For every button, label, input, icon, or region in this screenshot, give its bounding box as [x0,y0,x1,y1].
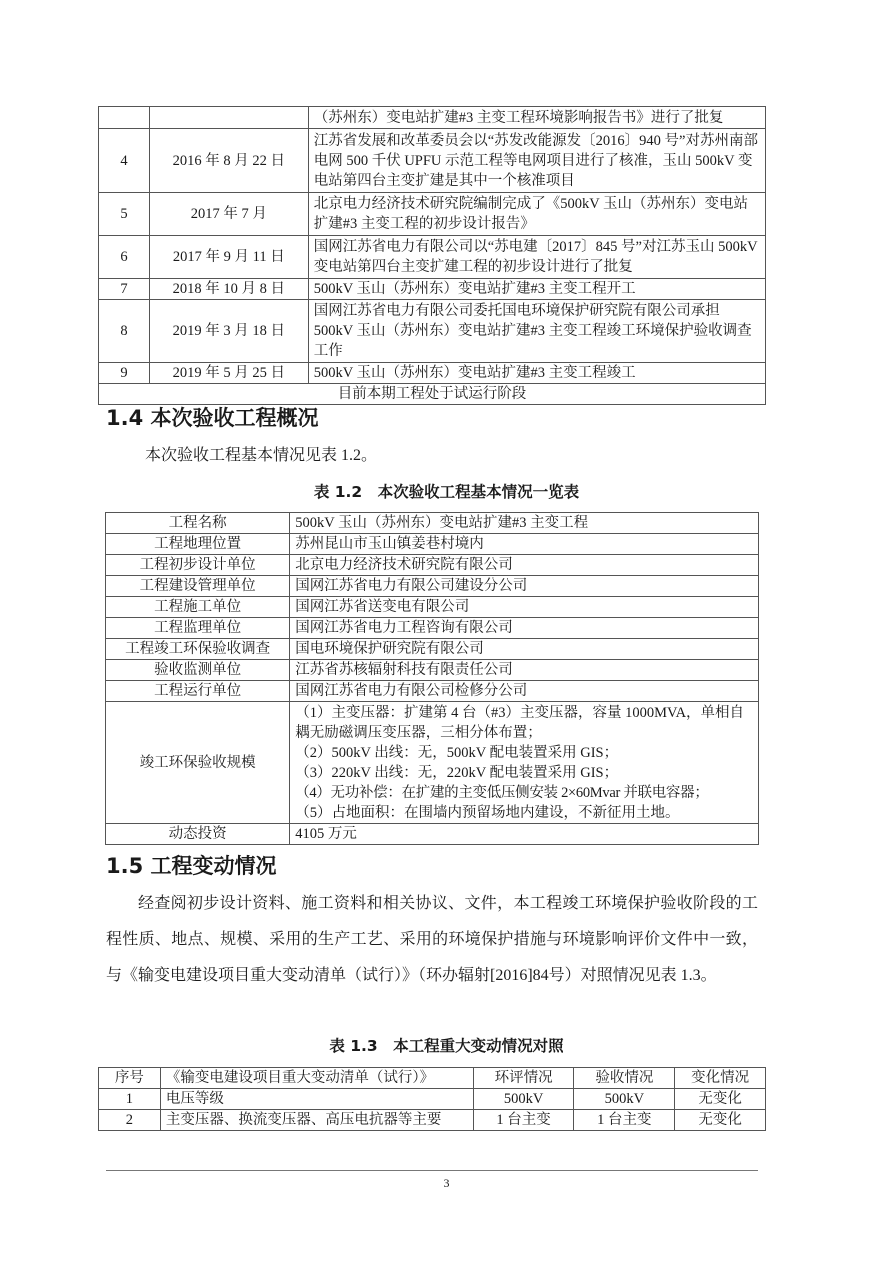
table-row: 5 2017 年 7 月 北京电力经济技术研究院编制完成了《500kV 玉山（苏… [99,193,766,236]
section-heading-1-5: 1.5 工程变动情况 [106,850,277,880]
row-value: 江苏省苏核辐射科技有限责任公司 [290,660,759,681]
row-description: 500kV 玉山（苏州东）变电站扩建#3 主变工程开工 [308,279,765,300]
table-header-row: 序号 《输变电建设项目重大变动清单（试行）》 环评情况 验收情况 变化情况 [99,1068,766,1089]
row-description: 江苏省发展和改革委员会以“苏发改能源发〔2016〕940 号”对苏州南部电网 5… [308,129,765,193]
table-row: 8 2019 年 3 月 18 日 国网江苏省电力有限公司委托国电环境保护研究院… [99,300,766,363]
page-number: 3 [0,1176,893,1191]
table-row: 7 2018 年 10 月 8 日 500kV 玉山（苏州东）变电站扩建#3 主… [99,279,766,300]
row-date: 2016 年 8 月 22 日 [149,129,308,193]
row-date [149,107,308,129]
cell: 电压等级 [160,1089,473,1110]
cell: 无变化 [675,1089,766,1110]
row-value: 500kV 玉山（苏州东）变电站扩建#3 主变工程 [290,513,759,534]
scale-item: （4）无功补偿：在扩建的主变低压侧安装 2×60Mvar 并联电容器； [295,783,753,803]
scale-item: （2）500kV 出线：无，500kV 配电装置采用 GIS； [295,743,753,763]
table-row: 9 2019 年 5 月 25 日 500kV 玉山（苏州东）变电站扩建#3 主… [99,363,766,384]
header-cell: 《输变电建设项目重大变动清单（试行）》 [160,1068,473,1089]
row-label: 工程施工单位 [106,597,290,618]
header-cell: 环评情况 [473,1068,574,1089]
row-number: 8 [99,300,150,363]
header-cell: 验收情况 [574,1068,675,1089]
table-row: 1 电压等级 500kV 500kV 无变化 [99,1089,766,1110]
table-row: 工程建设管理单位 国网江苏省电力有限公司建设分公司 [106,576,759,597]
table-1-2-caption: 表 1.2 本次验收工程基本情况一览表 [0,480,893,502]
row-number: 6 [99,236,150,279]
row-value: 国电环境保护研究院有限公司 [290,639,759,660]
cell: 1 台主变 [574,1110,675,1131]
table-row: 工程名称 500kV 玉山（苏州东）变电站扩建#3 主变工程 [106,513,759,534]
row-date: 2019 年 3 月 18 日 [149,300,308,363]
table-row: 2 主变压器、换流变压器、高压电抗器等主要 1 台主变 1 台主变 无变化 [99,1110,766,1131]
row-description: 500kV 玉山（苏州东）变电站扩建#3 主变工程竣工 [308,363,765,384]
table-row: 工程运行单位 国网江苏省电力有限公司检修分公司 [106,681,759,702]
section-1-4-paragraph: 本次验收工程基本情况见表 1.2。 [145,438,377,474]
header-cell: 变化情况 [675,1068,766,1089]
table-row: 工程施工单位 国网江苏省送变电有限公司 [106,597,759,618]
row-number: 4 [99,129,150,193]
scale-item: （5）占地面积：在围墙内预留场地内建设，不新征用土地。 [295,803,753,823]
table-row: （苏州东）变电站扩建#3 主变工程环境影响报告书》进行了批复 [99,107,766,129]
row-value: 苏州昆山市玉山镇姜巷村境内 [290,534,759,555]
table-row: 验收监测单位 江苏省苏核辐射科技有限责任公司 [106,660,759,681]
row-number: 7 [99,279,150,300]
cell: 500kV [473,1089,574,1110]
cell: 主变压器、换流变压器、高压电抗器等主要 [160,1110,473,1131]
table-row: 6 2017 年 9 月 11 日 国网江苏省电力有限公司以“苏电建〔2017〕… [99,236,766,279]
row-label: 工程建设管理单位 [106,576,290,597]
cell: 无变化 [675,1110,766,1131]
cell: 2 [99,1110,161,1131]
project-overview-table: 工程名称 500kV 玉山（苏州东）变电站扩建#3 主变工程 工程地理位置 苏州… [105,512,759,845]
row-value: 国网江苏省电力有限公司建设分公司 [290,576,759,597]
row-description: 国网江苏省电力有限公司委托国电环境保护研究院有限公司承担 500kV 玉山（苏州… [308,300,765,363]
table-row: 竣工环保验收规模 （1）主变压器：扩建第 4 台（#3）主变压器，容量 1000… [106,702,759,824]
row-number: 9 [99,363,150,384]
section-1-5-paragraph: 经查阅初步设计资料、施工资料和相关协议、文件，本工程竣工环境保护验收阶段的工程性… [106,886,758,994]
cell: 1 台主变 [473,1110,574,1131]
row-description: （苏州东）变电站扩建#3 主变工程环境影响报告书》进行了批复 [308,107,765,129]
row-label: 工程监理单位 [106,618,290,639]
row-description: 北京电力经济技术研究院编制完成了《500kV 玉山（苏州东）变电站扩建#3 主变… [308,193,765,236]
cell: 1 [99,1089,161,1110]
table-row: 工程地理位置 苏州昆山市玉山镇姜巷村境内 [106,534,759,555]
row-label: 工程名称 [106,513,290,534]
row-number [99,107,150,129]
footer-divider [106,1170,758,1171]
table-row: 动态投资 4105 万元 [106,824,759,845]
cell: 500kV [574,1089,675,1110]
row-value: 国网江苏省电力工程咨询有限公司 [290,618,759,639]
major-change-comparison-table: 序号 《输变电建设项目重大变动清单（试行）》 环评情况 验收情况 变化情况 1 … [98,1067,766,1131]
row-label: 工程竣工环保验收调查 [106,639,290,660]
scale-label: 竣工环保验收规模 [106,702,290,824]
investment-value: 4105 万元 [290,824,759,845]
row-date: 2017 年 9 月 11 日 [149,236,308,279]
row-description: 国网江苏省电力有限公司以“苏电建〔2017〕845 号”对江苏玉山 500kV … [308,236,765,279]
row-date: 2019 年 5 月 25 日 [149,363,308,384]
table-row: 工程初步设计单位 北京电力经济技术研究院有限公司 [106,555,759,576]
scale-list: （1）主变压器：扩建第 4 台（#3）主变压器，容量 1000MVA，单相自耦无… [290,702,759,824]
section-heading-1-4: 1.4 本次验收工程概况 [106,402,319,432]
timeline-table: （苏州东）变电站扩建#3 主变工程环境影响报告书》进行了批复 4 2016 年 … [98,106,766,405]
row-number: 5 [99,193,150,236]
row-date: 2018 年 10 月 8 日 [149,279,308,300]
table-row: 工程监理单位 国网江苏省电力工程咨询有限公司 [106,618,759,639]
table-row: 4 2016 年 8 月 22 日 江苏省发展和改革委员会以“苏发改能源发〔20… [99,129,766,193]
row-date: 2017 年 7 月 [149,193,308,236]
row-label: 工程初步设计单位 [106,555,290,576]
header-cell: 序号 [99,1068,161,1089]
row-value: 国网江苏省送变电有限公司 [290,597,759,618]
row-label: 工程地理位置 [106,534,290,555]
scale-item: （3）220kV 出线：无，220kV 配电装置采用 GIS； [295,763,753,783]
row-label: 工程运行单位 [106,681,290,702]
table-row: 工程竣工环保验收调查 国电环境保护研究院有限公司 [106,639,759,660]
row-label: 验收监测单位 [106,660,290,681]
row-value: 国网江苏省电力有限公司检修分公司 [290,681,759,702]
investment-label: 动态投资 [106,824,290,845]
scale-item: （1）主变压器：扩建第 4 台（#3）主变压器，容量 1000MVA，单相自耦无… [295,703,753,743]
table-1-3-caption: 表 1.3 本工程重大变动情况对照 [0,1034,893,1056]
row-value: 北京电力经济技术研究院有限公司 [290,555,759,576]
